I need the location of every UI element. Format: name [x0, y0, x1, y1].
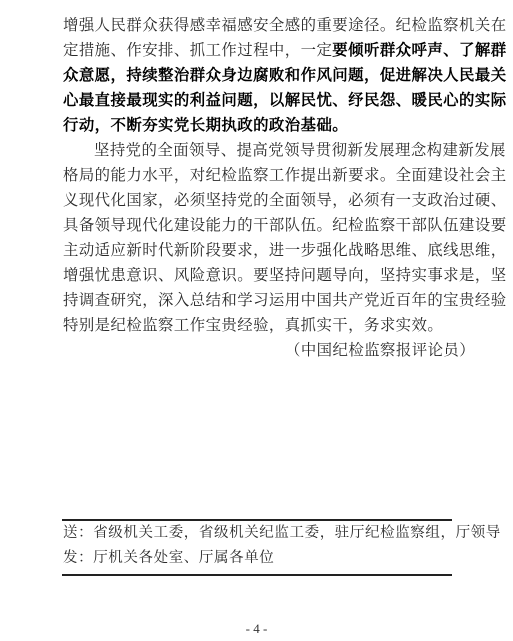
p2-line-7: 持调查研究，深入总结和学习运用中国共产党近百年的宝贵经验	[63, 289, 451, 311]
p2-line-2: 格局的能力水平，对纪检监察工作提出新要求。全面建设社会主	[63, 164, 451, 186]
p2-line-8: 特别是纪检监察工作宝贵经验，真抓实干，务求实效。	[63, 314, 451, 336]
bottom-rule	[62, 574, 452, 576]
top-rule	[62, 519, 452, 521]
p2-line-5: 主动适应新时代新阶段要求，进一步强化战略思维、底线思维，	[63, 239, 451, 261]
p1-line-2-normal: 定措施、作安排、抓工作过程中，一定	[63, 41, 332, 59]
p1-line-1: 增强人民群众获得感幸福感安全感的重要途径。纪检监察机关在	[63, 14, 451, 36]
p1-line-2: 定措施、作安排、抓工作过程中，一定要倾听群众呼声、了解群	[63, 39, 451, 61]
signature: （中国纪检监察报评论员）	[285, 339, 455, 361]
document-page: 增强人民群众获得感幸福感安全感的重要途径。纪检监察机关在 定措施、作安排、抓工作…	[0, 0, 513, 641]
p2-line-3: 义现代化国家，必须坚持党的全面领导，必须有一支政治过硬、	[63, 189, 451, 211]
p1-line-2-bold: 要倾听群众呼声、了解群	[332, 41, 506, 59]
issue-to-line: 发：厅机关各处室、厅属各单位	[63, 548, 274, 568]
p1-line-4: 心最直接最现实的利益问题，以解民忧、纾民怨、暖民心的实际	[63, 89, 451, 111]
p1-line-5: 行动，不断夯实党长期执政的政治基础。	[63, 114, 451, 136]
p2-line-4: 具备领导现代化建设能力的干部队伍。纪检监察干部队伍建设要	[63, 214, 451, 236]
p1-line-3: 众意愿，持续整治群众身边腐败和作风问题，促进解决人民最关	[63, 64, 451, 86]
p2-line-1: 坚持党的全面领导、提高党领导贯彻新发展理念构建新发展	[94, 139, 451, 161]
p2-line-6: 增强忧患意识、风险意识。要坚持问题导向，坚持实事求是，坚	[63, 264, 451, 286]
send-to-line: 送：省级机关工委，省级机关纪监工委，驻厅纪检监察组，厅领导	[63, 523, 501, 543]
page-number: - 4 -	[0, 621, 513, 637]
